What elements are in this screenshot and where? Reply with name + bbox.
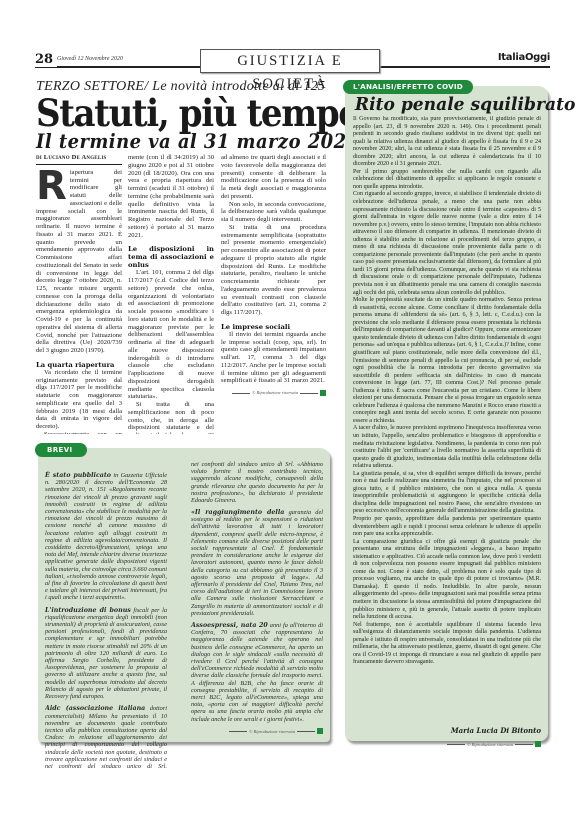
- analysis-paragraph: Nel frattempo, non è accettabile squilib…: [353, 622, 541, 667]
- brevi-item-text: dottori commercialisti) Milano ha presen…: [45, 705, 167, 768]
- paragraph: Si tratta di una semplificazione non di …: [128, 401, 214, 434]
- page-date: Giovedì 12 Novembre 2020: [57, 56, 123, 62]
- divider: [447, 744, 465, 745]
- end-mark-icon: [535, 741, 541, 747]
- brevi-item-lead: «Il raggiungimento della: [191, 509, 284, 516]
- paragraph: mente (con il dl 34/2019) al 30 giugno 2…: [128, 154, 214, 239]
- brevi-item-text: fiscali per la riqualificazione energeti…: [45, 607, 167, 700]
- brevi-tab: BREVI: [35, 443, 87, 457]
- copyright-notice: © Riproduzione riservata: [221, 389, 326, 397]
- divider: [232, 393, 250, 394]
- brevi-item-continued: nei confronti del sindaco unico di Srl. …: [191, 461, 323, 504]
- article-subtitle: Il termine va al 31 marzo 2021: [36, 131, 359, 153]
- brevi-item-text: anni fa all'interno di Confetra, 70 asso…: [191, 622, 323, 723]
- brevi-item-lead: È stato pubblicato: [45, 472, 111, 479]
- end-mark-icon: [317, 728, 323, 734]
- brevi-item-text: in Gazzetta Ufficiale n. 280/2020 il dec…: [45, 472, 167, 601]
- copyright-notice: © Riproduzione riservata: [191, 728, 323, 735]
- paragraph: Va ricordato che il termine originariame…: [36, 369, 122, 431]
- drop-cap: R: [36, 170, 67, 202]
- divider: [515, 744, 533, 745]
- copyright-text: © Riproduzione riservata: [467, 742, 513, 747]
- analysis-title: Rito penale squilibrato: [355, 95, 540, 115]
- analysis-paragraph: Per il primo gruppo sembrerebbe che null…: [353, 169, 541, 192]
- brevi-item: È stato pubblicato in Gazzetta Ufficiale…: [45, 472, 167, 602]
- brand-logo: ItaliaOggi: [494, 52, 550, 63]
- subheading: Le imprese sociali: [221, 323, 326, 331]
- subheading: La quarta riapertura: [36, 361, 122, 369]
- analysis-paragraph: Molte le perplessità suscitate da un sim…: [353, 297, 541, 425]
- analysis-author: Maria Lucia Di Bitonto: [353, 726, 541, 735]
- divider: [229, 731, 247, 732]
- brevi-item: L'introduzione di bonus fiscali per la r…: [45, 607, 167, 701]
- section-label: GIUSTIZIA E SOCIETÀ: [200, 49, 380, 73]
- brevi-item-lead: L'introduzione di bonus: [45, 607, 131, 614]
- paragraph: ad almeno tre quarti degli associati e i…: [221, 154, 326, 201]
- paragraph: Non solo, in seconda convocazione, la de…: [221, 201, 326, 224]
- article-column-2: mente (con il dl 34/2019) al 30 giugno 2…: [128, 154, 214, 434]
- article-column-3: ad almeno tre quarti degli associati e i…: [221, 154, 326, 434]
- copyright-text: © Riproduzione riservata: [252, 389, 298, 397]
- paragraph: L'art. 101, comma 2 del dlgs 117/2017 (c…: [128, 269, 214, 401]
- brevi-item-lead: Aidc (associazione italiana: [45, 705, 145, 712]
- article-column-1: di Luciano De Angelis R iapertura dei te…: [36, 154, 122, 434]
- paragraph: Il rinvio dei termini riguarda anche le …: [221, 331, 326, 385]
- brevi-item: Assoespressi, nata 20 anni fa all'intern…: [191, 622, 323, 723]
- brevi-item: «Il raggiungimento della garanzia del so…: [191, 509, 323, 617]
- analysis-paragraph: A tacer d'altro, le nuove previsioni esp…: [353, 425, 541, 470]
- brevi-column-1: È stato pubblicato in Gazzetta Ufficiale…: [45, 472, 167, 742]
- paragraph: Successivamente con un primo rinvio (dlg…: [36, 431, 122, 434]
- subheading: Le disposizioni in tema di associazioni …: [128, 245, 214, 269]
- page-number: 28: [35, 52, 57, 67]
- copyright-text: © Riproduzione riservata: [249, 728, 295, 735]
- copyright-notice: © Riproduzione riservata: [353, 741, 541, 747]
- analysis-paragraph: La comparazione giuridica ci offre già e…: [353, 539, 541, 622]
- brevi-item-lead: Assoespressi, nata 20: [191, 622, 268, 629]
- analysis-paragraph: Con riguardo al secondo gruppo, invece, …: [353, 191, 541, 297]
- brevi-column-2: nei confronti del sindaco unico di Srl. …: [191, 461, 323, 741]
- analysis-tab: L'ANALISI/EFFETTO COVID: [343, 80, 473, 94]
- paragraph: Si tratta di una procedura estremamente …: [221, 224, 326, 317]
- analysis-paragraph: La giustizia penale, si sa, vive di equi…: [353, 471, 541, 516]
- brevi-item: Aidc (associazione italiana dottori comm…: [45, 705, 167, 768]
- article-title: Statuti, più tempo: [36, 93, 360, 133]
- end-mark-icon: [320, 390, 326, 396]
- analysis-paragraph: Il Governo ha modificato, sia pure provv…: [353, 116, 541, 169]
- analysis-paragraph: Proprio per questo, approfittare della p…: [353, 516, 541, 539]
- page-header: 28 Giovedì 12 Novembre 2020 GIUSTIZIA E …: [35, 49, 550, 71]
- brevi-item-text: garanzia del sostegno al reddito per le …: [191, 509, 323, 617]
- analysis-body: Il Governo ha modificato, sia pure provv…: [353, 116, 541, 716]
- divider: [300, 393, 318, 394]
- divider: [297, 731, 315, 732]
